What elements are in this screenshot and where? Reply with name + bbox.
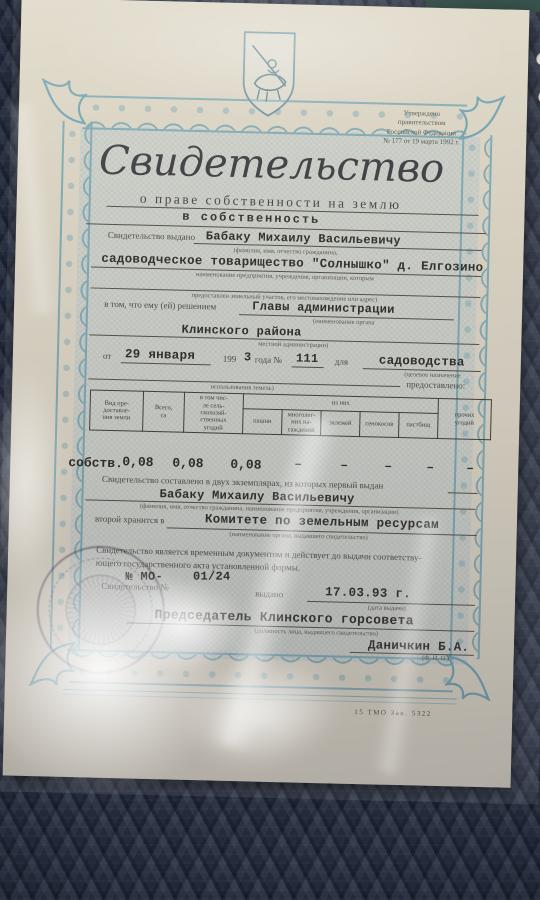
approval-note: Утверждено правительством Российской Фед… [336,107,507,149]
col-perennial: многолет- них на- саждений [282,410,322,436]
corner-flourish-icon [41,78,88,125]
value-fallow: – [340,458,348,473]
value-arable: 0,08 [230,457,262,473]
document-wrapper: Утверждено правительством Российской Фед… [0,0,540,805]
year-digit: 3 [244,350,252,364]
value-total: 0,08 [122,454,154,470]
provided-label: предоставлено: [406,379,465,390]
decision-date: 29 января [125,347,196,363]
col-total: Всего, га [143,391,185,432]
col-pastures: пастбищ [398,413,438,439]
from-label: от [103,351,112,361]
col-other: прочих угодий [437,398,491,440]
decision-organ-2: Клинского района [181,323,301,340]
col-arable: пашни [243,409,283,435]
value-agricultural: 0,08 [172,455,204,471]
sleeve-hole [536,52,540,65]
certificate-document: Утверждено правительством Российской Фед… [3,0,530,788]
issued-date-label: выдано [255,589,283,600]
for-label: для [335,356,348,366]
decision-number: 111 [296,351,319,366]
print-code: 15 ТМО Зак. 5322 [354,708,432,718]
value-hayfields: – [384,459,392,474]
col-hayfields: сенокосов [359,412,399,438]
second-copy-label: второй хранится в [95,514,165,526]
issued-label: Свидетельство выдано [108,230,195,242]
purpose-value: садоводства [379,354,465,370]
col-fallow: залежей [321,411,361,437]
value-perennial: – [294,456,302,471]
value-kind: собств. [68,455,123,471]
col-agricultural: в том чис- ле сель- скохозяй- ственных у… [184,392,244,434]
value-other: – [466,461,474,476]
signer-name: Даничкин Б.А. [368,638,470,654]
issue-date: 17.03.93 г. [325,585,411,601]
coat-of-arms-icon [237,29,301,120]
col-kind: Вид пре- доставле- ния земли [90,390,144,432]
photo-scene: Утверждено правительством Российской Фед… [0,0,540,900]
year-suffix: года № [255,354,282,365]
border-rule [63,689,457,705]
year-label: 199 [223,354,237,364]
value-pastures: – [426,460,434,475]
